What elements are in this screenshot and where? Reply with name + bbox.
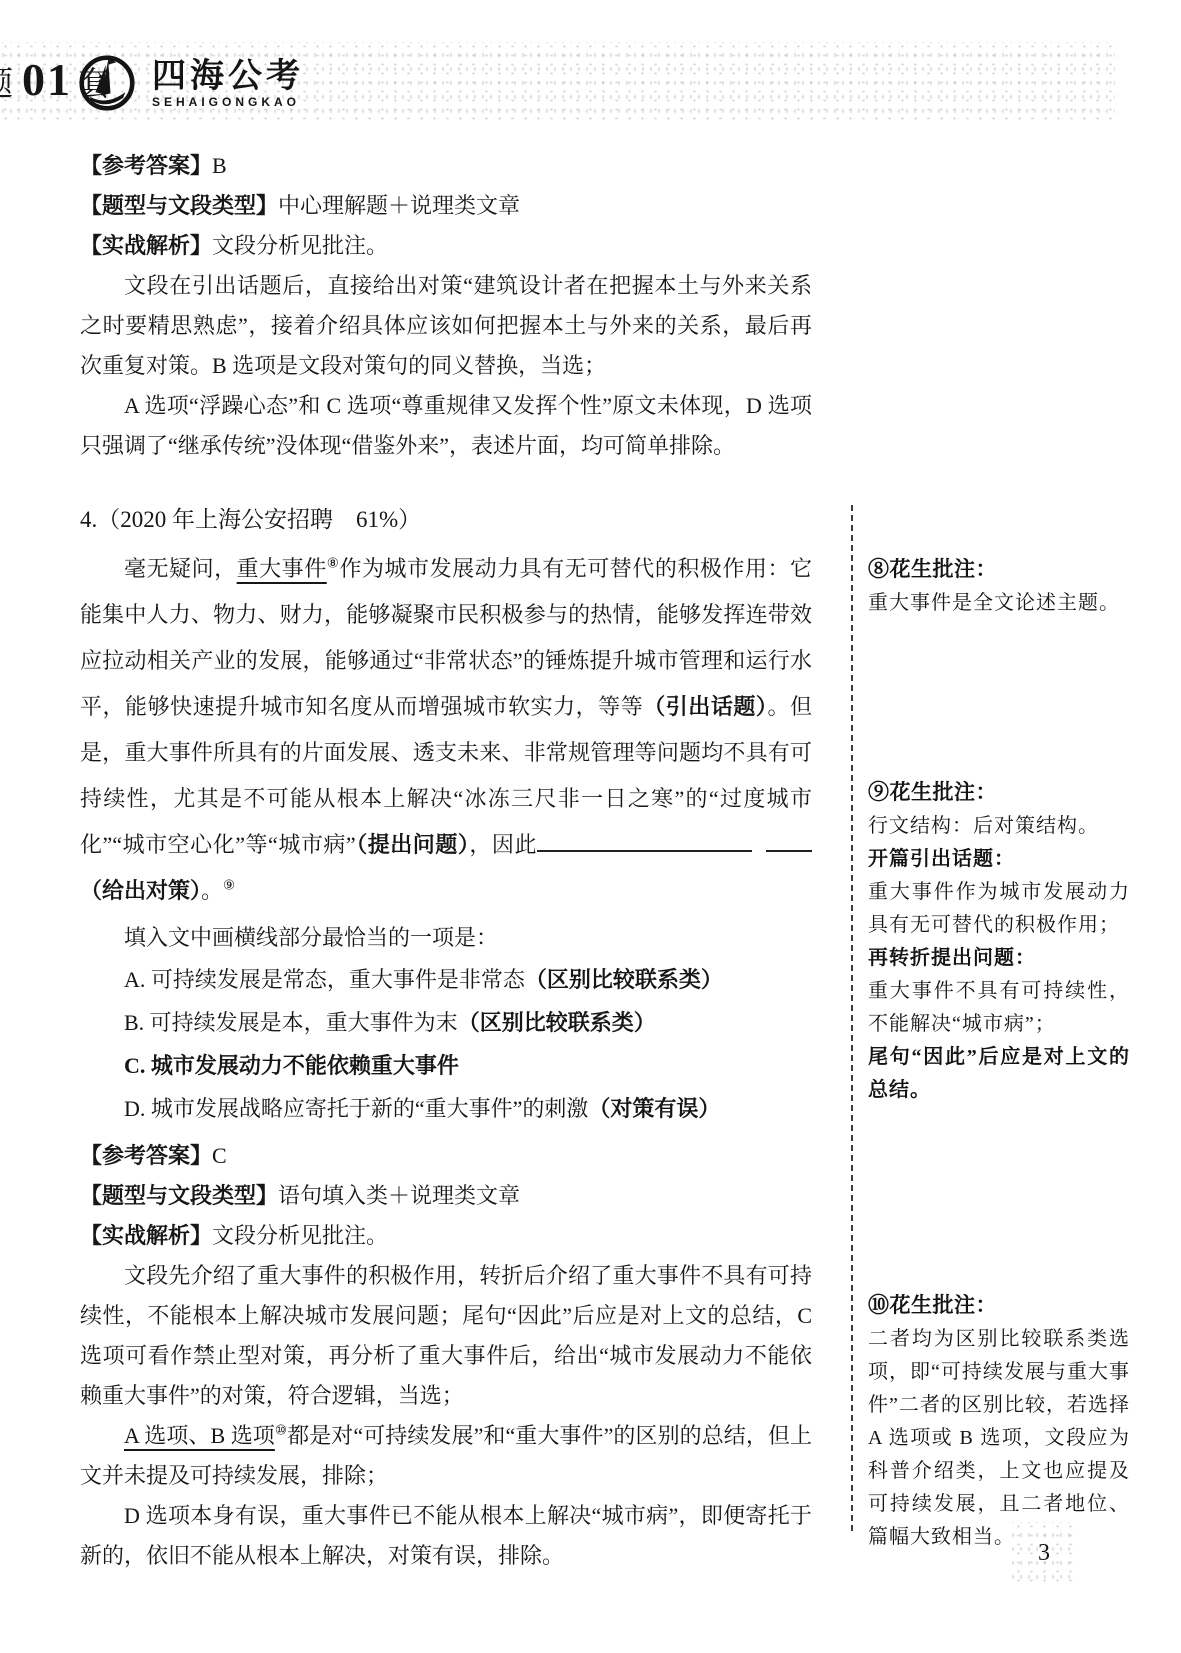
sidebar-divider [851,505,853,1531]
annotation-paragraph: 重大事件作为城市发展动力具有无可替代的积极作用； [868,876,1130,942]
annotation-paragraph: 二者均为区别比较联系类选项，即“可持续发展与重大事件”二者的区别比较，若选择 A… [868,1323,1130,1554]
option-c: C. 城市发展动力不能依赖重大事件 [124,1044,812,1087]
annotation-10: ⑩花生批注： 二者均为区别比较联系类选项，即“可持续发展与重大事件”二者的区别比… [868,1288,1130,1554]
annotation-title-text: 花生批注： [890,780,998,804]
annotation-title: ⑧花生批注： [868,552,1130,587]
question-heading: 4.（2020 年上海公安招聘 61%） [80,500,812,540]
analysis-line: 【实战解析】文段分析见批注。 [80,1216,812,1256]
sheet-title-prefix: 练习题 [0,58,16,105]
annotation-title: ⑩花生批注： [868,1288,1130,1323]
option-a: A. 可持续发展是常态，重大事件是非常态（区别比较联系类） [124,958,812,1001]
prev-analysis-paragraph: A 选项“浮躁心态”和 C 选项“尊重规律又发挥个性”原文未体现，D 选项只强调… [80,386,812,466]
option-b: B. 可持续发展是本，重大事件为末（区别比较联系类） [124,1001,812,1044]
prev-answer-line: 【参考答案】B [80,146,812,186]
sheet-title-number: 01 [22,60,72,100]
annotation-title: ⑨花生批注： [868,775,1130,810]
annotation-title-text: 花生批注： [890,1293,998,1317]
annotation-body: 行文结构：后对策结构。开篇引出话题：重大事件作为城市发展动力具有无可替代的积极作… [868,810,1130,1107]
annotation-9: ⑨花生批注： 行文结构：后对策结构。开篇引出话题：重大事件作为城市发展动力具有无… [868,775,1130,1107]
option-d: D. 城市发展战略应寄托于新的“重大事件”的刺激（对策有误） [124,1087,812,1130]
annotation-paragraph: 尾句“因此”后应是对上文的总结。 [868,1041,1130,1107]
annotation-number: ⑨ [868,780,890,804]
annotation-number: ⑩ [868,1293,890,1317]
type-line: 【题型与文段类型】语句填入类＋说理类文章 [80,1176,812,1216]
annotation-body: 二者均为区别比较联系类选项，即“可持续发展与重大事件”二者的区别比较，若选择 A… [868,1323,1130,1554]
page-number: 3 [1038,1538,1050,1568]
answer-line: 【参考答案】C [80,1136,812,1176]
annotation-paragraph: 再转折提出问题： [868,942,1130,975]
annotation-paragraph: 重大事件不具有可持续性，不能解决“城市病”； [868,975,1130,1041]
annotation-paragraph: 行文结构：后对策结构。 [868,810,1130,843]
question-stem: 填入文中画横线部分最恰当的一项是： [80,918,812,958]
annotation-paragraph: 开篇引出话题： [868,843,1130,876]
prev-analysis-line: 【实战解析】文段分析见批注。 [80,226,812,266]
sheet-title-suffix: 套 [78,58,114,105]
sheet-title: 练习题 01 套 [0,58,1089,105]
main-column: 【参考答案】B 【题型与文段类型】中心理解题＋说理类文章 【实战解析】文段分析见… [80,146,812,1576]
analysis-paragraph: D 选项本身有误，重大事件已不能从根本上解决“城市病”，即便寄托于新的，依旧不能… [80,1496,812,1576]
annotation-body: 重大事件是全文论述主题。 [868,587,1130,620]
analysis-paragraph: 文段先介绍了重大事件的积极作用，转折后介绍了重大事件不具有可持续性，不能根本上解… [80,1256,812,1416]
analysis-paragraph: A 选项、B 选项⑩都是对“可持续发展”和“重大事件”的区别的总结，但上文并未提… [80,1416,812,1496]
scanned-document-page: 四海公考 SEHAIGONGKAO 练习题 01 套 【参考答案】B 【题型与文… [0,0,1181,1653]
annotation-8: ⑧花生批注： 重大事件是全文论述主题。 [868,552,1130,620]
question-passage: 毫无疑问，重大事件⑧作为城市发展动力具有无可替代的积极作用：它能集中人力、物力、… [80,546,812,914]
annotation-paragraph: 重大事件是全文论述主题。 [868,587,1130,620]
annotation-number: ⑧ [868,557,890,581]
prev-analysis-paragraph: 文段在引出话题后，直接给出对策“建筑设计者在把握本土与外来关系之时要精思熟虑”，… [80,266,812,386]
prev-type-line: 【题型与文段类型】中心理解题＋说理类文章 [80,186,812,226]
annotation-title-text: 花生批注： [890,557,998,581]
